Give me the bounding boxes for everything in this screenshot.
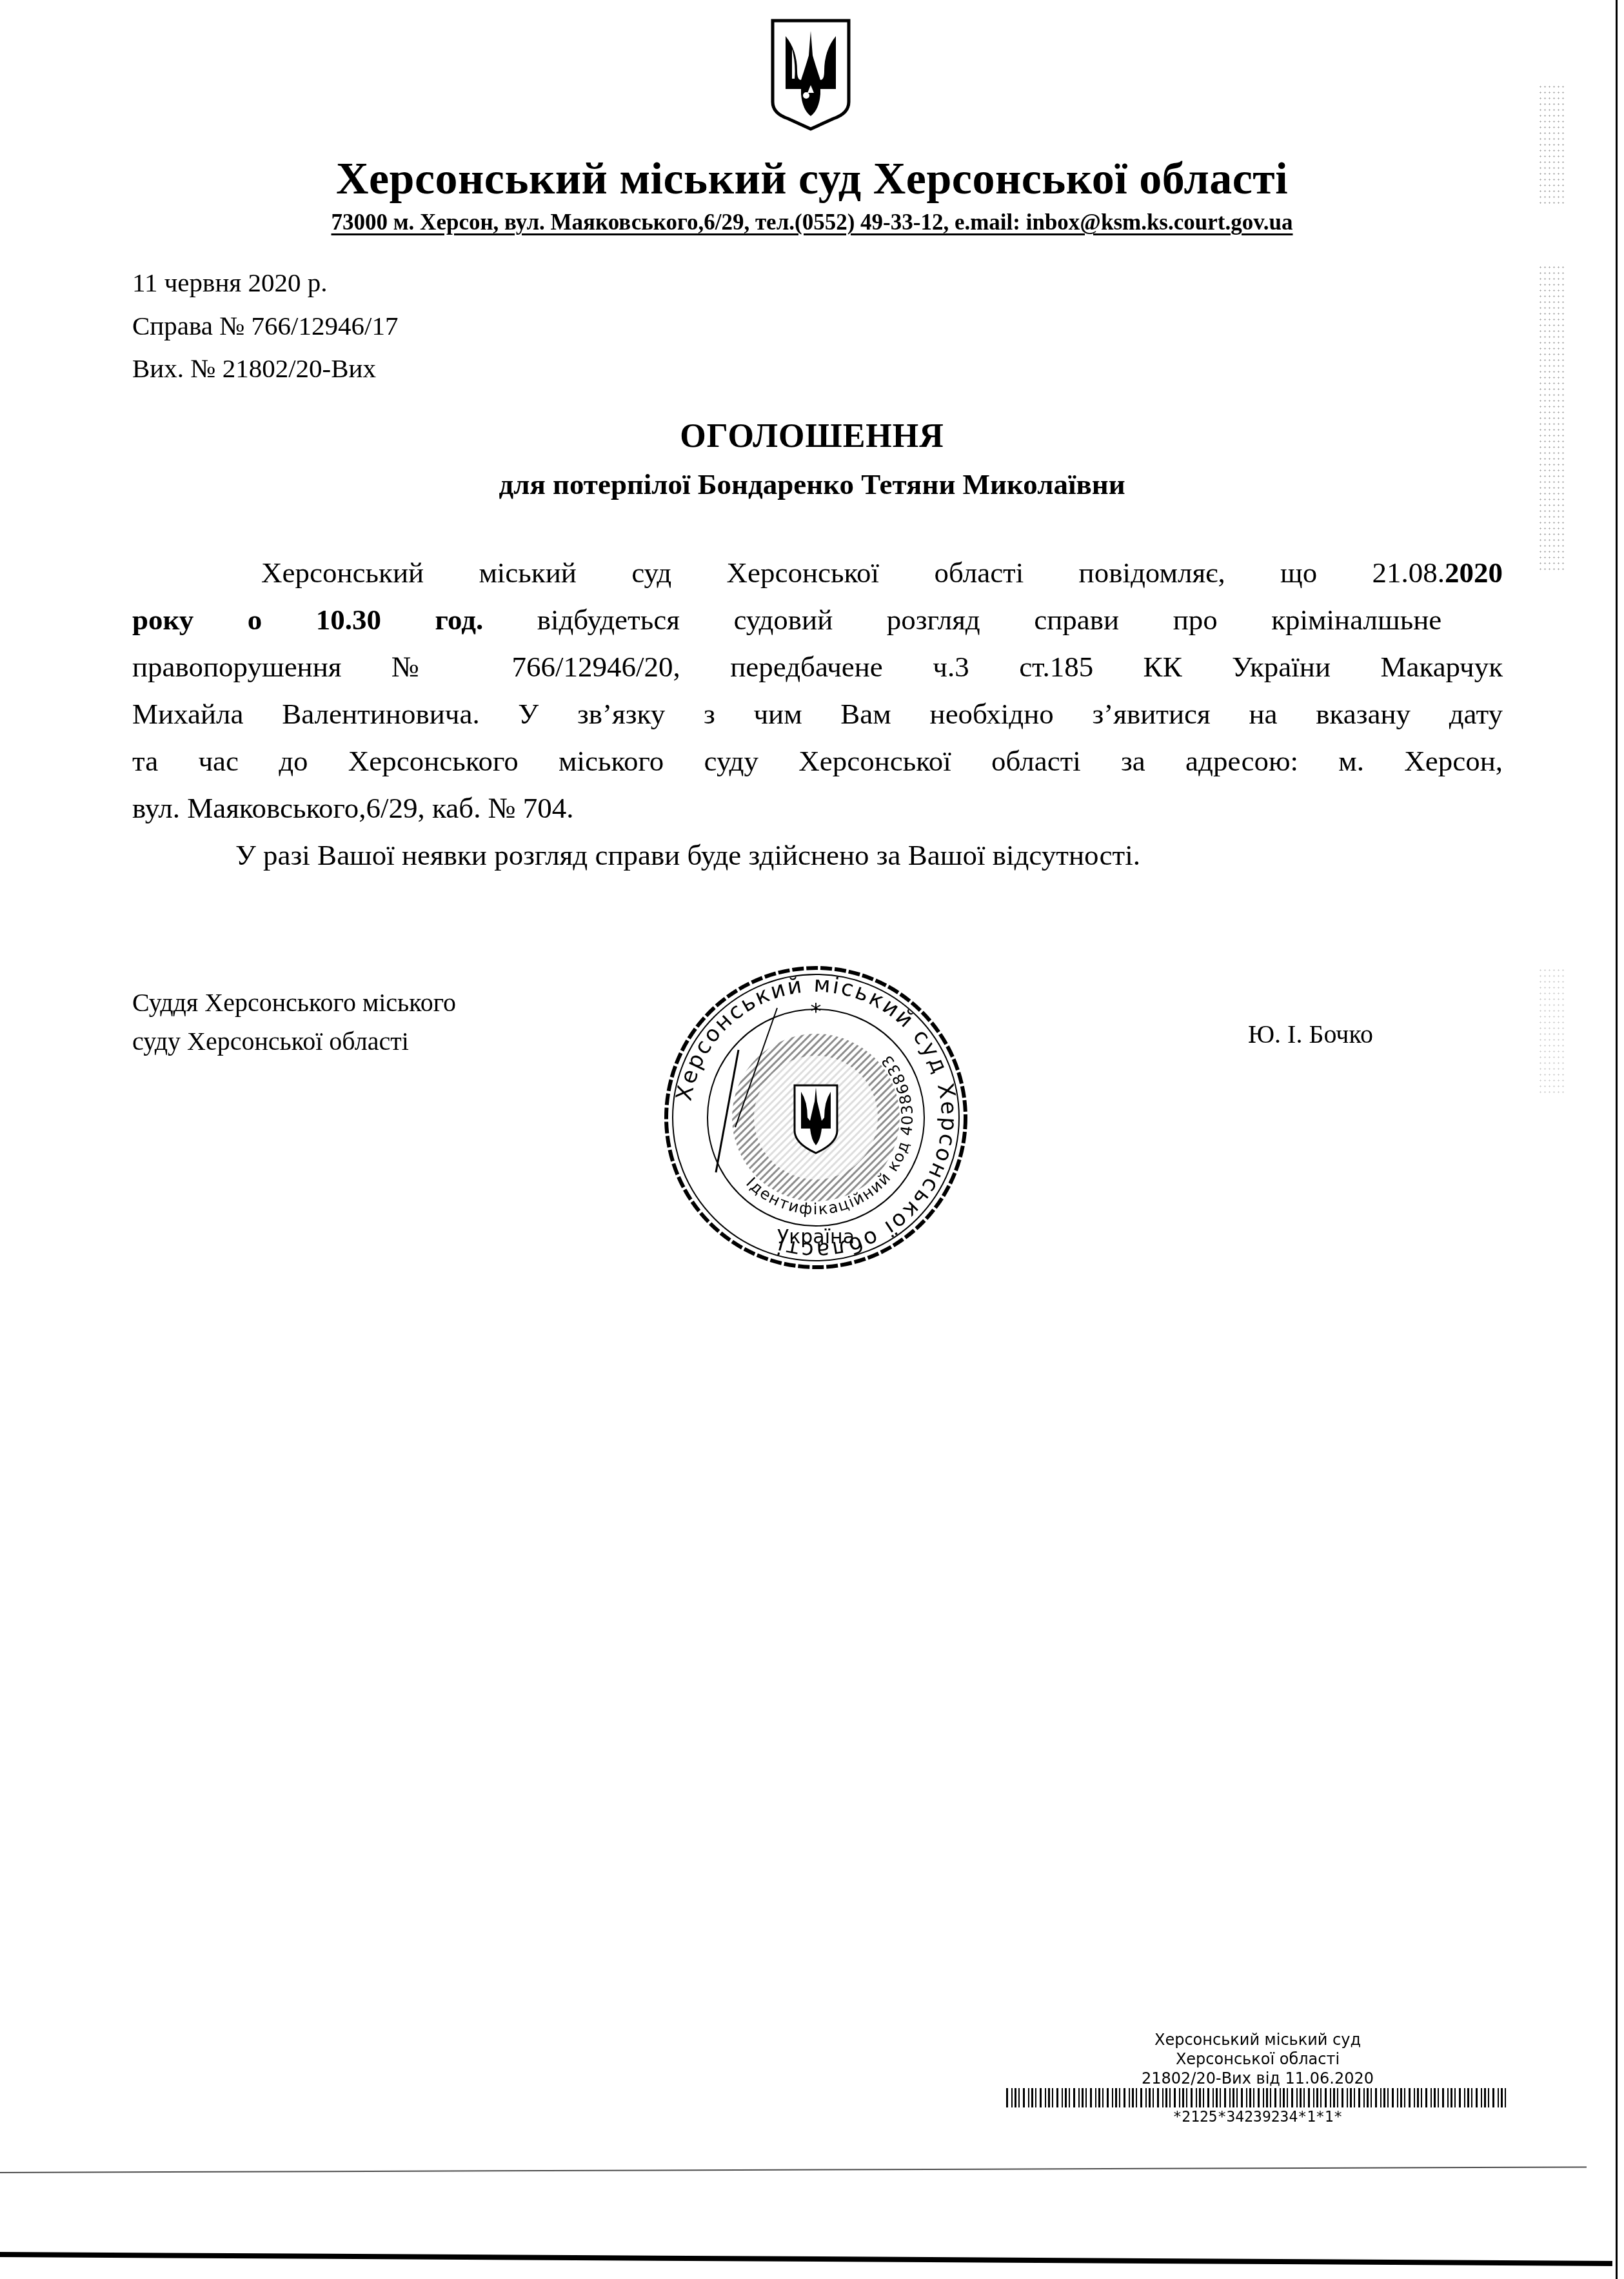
judge-position: Суддя Херсонського міського суду Херсонс… — [132, 983, 456, 1061]
registration-stamp: Херсонський міський суд Херсонської обла… — [1006, 2030, 1509, 2127]
judge-name: Ю. І. Бочко — [1248, 1019, 1373, 1049]
body-line: правопорушення № 766/12946/20, передбаче… — [132, 644, 1503, 691]
scan-noise — [1538, 264, 1564, 574]
registration-court: Херсонський міський суд — [1006, 2030, 1509, 2049]
court-title: Херсонський міський суд Херсонської обла… — [0, 153, 1624, 205]
judge-position-line2: суду Херсонської області — [132, 1022, 456, 1061]
body-line: Михайла Валентиновича. У зв’язку з чим В… — [132, 691, 1503, 738]
court-address-text: 73000 м. Херсон, вул. Маяковського,6/29,… — [332, 210, 1293, 235]
barcode-icon — [1006, 2088, 1509, 2107]
body-line: Херсонський міський суд Херсонської обла… — [132, 549, 1503, 597]
body-line: У разі Вашої неявки розгляд справи буде … — [132, 832, 1503, 879]
scan-edge-bottom — [0, 2252, 1612, 2266]
document-date: 11 червня 2020 р. — [132, 267, 327, 298]
scan-noise — [1538, 967, 1564, 1096]
registration-region: Херсонської області — [1006, 2049, 1509, 2069]
registration-number: 21802/20-Вих від 11.06.2020 — [1006, 2069, 1509, 2088]
scan-noise — [1538, 84, 1564, 206]
coat-of-arms-icon — [769, 18, 853, 131]
case-number: Справа № 766/12946/17 — [132, 310, 398, 341]
judge-position-line1: Суддя Херсонського міського — [132, 983, 456, 1022]
scan-fold-line — [0, 2166, 1587, 2173]
body-line: вул. Маяковського,6/29, каб. № 704. — [132, 785, 1503, 832]
outgoing-number: Вих. № 21802/20-Вих — [132, 353, 376, 384]
notice-heading: ОГОЛОШЕННЯ — [0, 417, 1624, 455]
court-seal-icon: Херсонський міський суд Херсонської обла… — [658, 960, 974, 1276]
barcode-text: *2125*34239234*1*1* — [1006, 2107, 1509, 2127]
body-line: та час до Херсонського міського суду Хер… — [132, 738, 1503, 785]
svg-text:*: * — [811, 999, 822, 1025]
notice-body: Херсонський міський суд Херсонської обла… — [132, 549, 1503, 879]
court-address: 73000 м. Херсон, вул. Маяковського,6/29,… — [0, 210, 1624, 235]
notice-recipient: для потерпілої Бондаренко Тетяни Миколаї… — [0, 468, 1624, 501]
scan-edge-right — [1616, 0, 1618, 2279]
body-line: року о 10.30 год. відбудеться судовий ро… — [132, 597, 1503, 644]
seal-bottom-text: Україна — [777, 1226, 855, 1248]
